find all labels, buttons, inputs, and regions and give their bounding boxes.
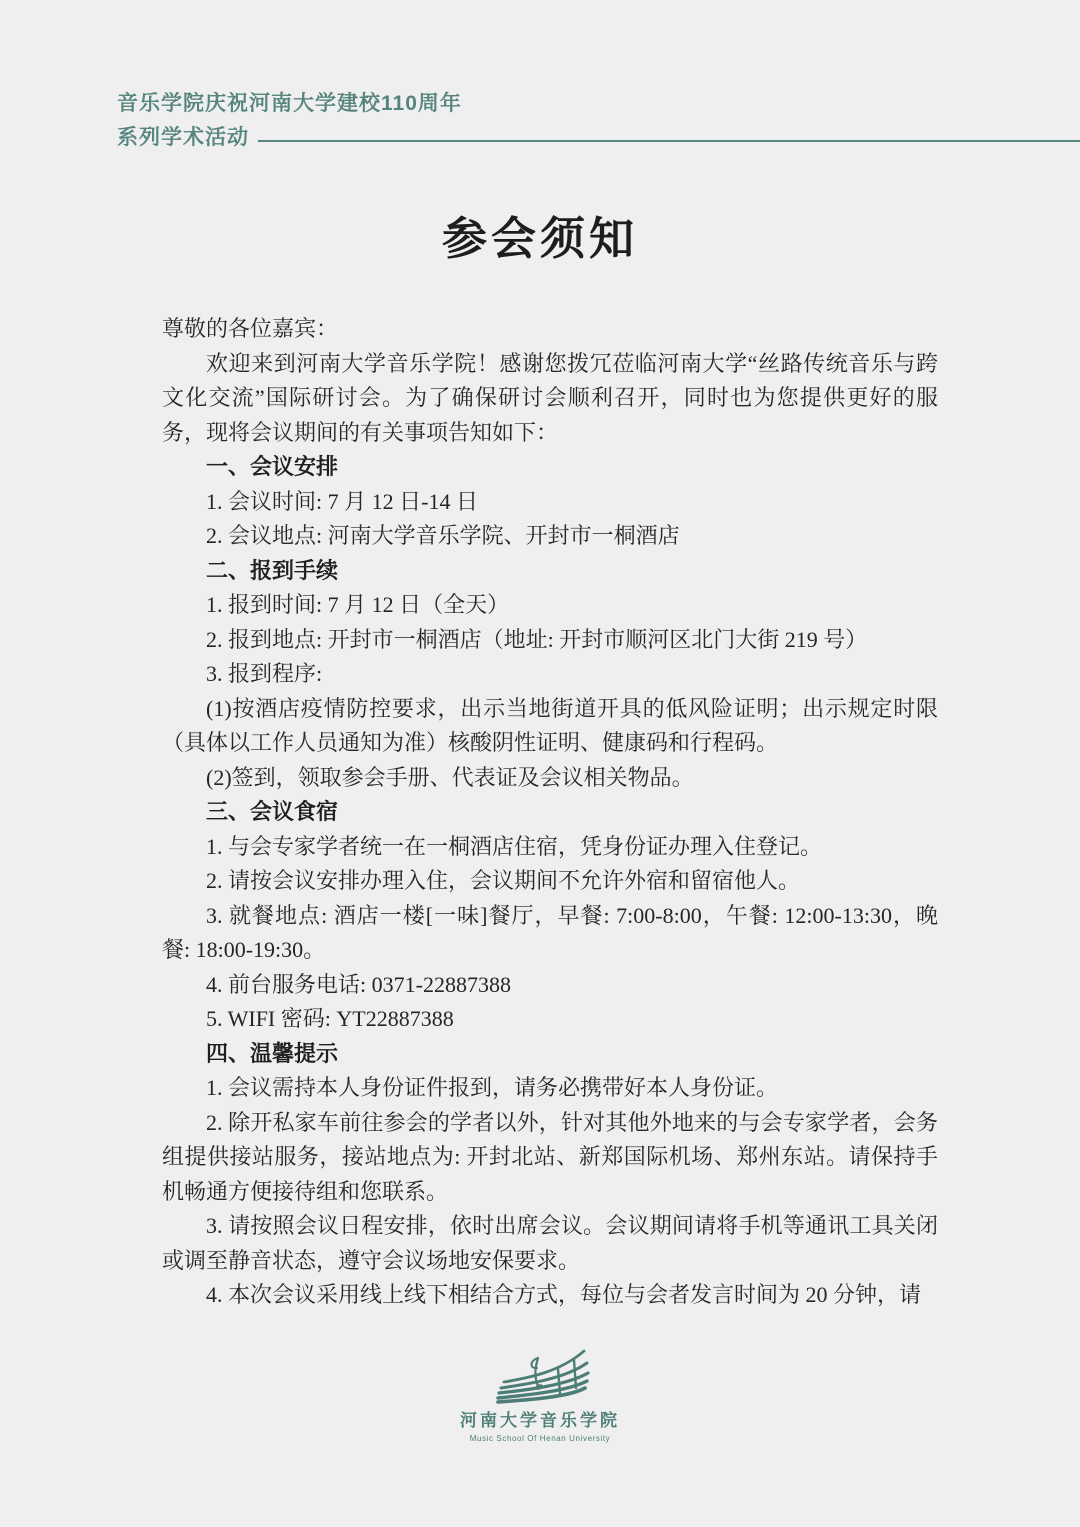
notice-item: 2. 报到地点: 开封市一桐酒店（地址: 开封市顺河区北门大街 219 号） xyxy=(162,623,938,658)
notice-item: 1. 会议时间: 7 月 12 日-14 日 xyxy=(162,485,938,520)
section-heading: 二、报到手续 xyxy=(162,554,938,589)
logo-en-name: Music School Of Henan University xyxy=(0,1434,1080,1443)
notice-item: 4. 前台服务电话: 0371-22887388 xyxy=(162,968,938,1003)
notice-section: 一、会议安排 1. 会议时间: 7 月 12 日-14 日2. 会议地点: 河南… xyxy=(162,450,938,554)
notice-item: 1. 报到时间: 7 月 12 日（全天） xyxy=(162,588,938,623)
notice-item: 3. 就餐地点: 酒店一楼[一味]餐厅，早餐: 7:00-8:00，午餐: 12… xyxy=(162,899,938,968)
page-header: 音乐学院庆祝河南大学建校110周年 系列学术活动 xyxy=(117,87,462,155)
notice-item: 5. WIFI 密码: YT22887388 xyxy=(162,1002,938,1037)
notice-section: 三、会议食宿 1. 与会专家学者统一在一桐酒店住宿，凭身份证办理入住登记。2. … xyxy=(162,795,938,1037)
header-underline xyxy=(258,140,1080,142)
section-heading: 三、会议食宿 xyxy=(162,795,938,830)
intro-paragraph: 欢迎来到河南大学音乐学院！感谢您拨冗莅临河南大学“丝路传统音乐与跨文化交流”国际… xyxy=(162,347,938,451)
notice-item: 3. 报到程序: xyxy=(162,657,938,692)
header-line2: 系列学术活动 xyxy=(117,121,462,155)
notice-item: 4. 本次会议采用线上线下相结合方式，每位与会者发言时间为 20 分钟，请 xyxy=(162,1278,938,1313)
sections-container: 一、会议安排 1. 会议时间: 7 月 12 日-14 日2. 会议地点: 河南… xyxy=(162,450,938,1313)
notice-section: 二、报到手续 1. 报到时间: 7 月 12 日（全天）2. 报到地点: 开封市… xyxy=(162,554,938,796)
logo-cn-name: 河南大学音乐学院 xyxy=(0,1406,1080,1431)
document-page: 音乐学院庆祝河南大学建校110周年 系列学术活动 参会须知 尊敬的各位嘉宾： 欢… xyxy=(0,0,1080,1527)
notice-item: 1. 与会专家学者统一在一桐酒店住宿，凭身份证办理入住登记。 xyxy=(162,830,938,865)
notice-item: 2. 除开私家车前往参会的学者以外，针对其他外地来的与会专家学者，会务组提供接站… xyxy=(162,1106,938,1210)
footer-logo: 河南大学音乐学院 Music School Of Henan Universit… xyxy=(0,1344,1080,1443)
section-heading: 四、温馨提示 xyxy=(162,1037,938,1072)
notice-item: (2)签到，领取参会手册、代表证及会议相关物品。 xyxy=(162,761,938,796)
page-title: 参会须知 xyxy=(0,202,1080,267)
section-heading: 一、会议安排 xyxy=(162,450,938,485)
notice-item: 3. 请按照会议日程安排，依时出席会议。会议期间请将手机等通讯工具关闭或调至静音… xyxy=(162,1209,938,1278)
notice-item: 1. 会议需持本人身份证件报到，请务必携带好本人身份证。 xyxy=(162,1071,938,1106)
notice-item: 2. 请按会议安排办理入住，会议期间不允许外宿和留宿他人。 xyxy=(162,864,938,899)
notice-body: 尊敬的各位嘉宾： 欢迎来到河南大学音乐学院！感谢您拨冗莅临河南大学“丝路传统音乐… xyxy=(162,312,938,1313)
salutation: 尊敬的各位嘉宾： xyxy=(162,312,938,347)
notice-section: 四、温馨提示 1. 会议需持本人身份证件报到，请务必携带好本人身份证。2. 除开… xyxy=(162,1037,938,1313)
header-line1: 音乐学院庆祝河南大学建校110周年 xyxy=(117,87,462,121)
music-staff-logo xyxy=(488,1344,592,1404)
notice-item: 2. 会议地点: 河南大学音乐学院、开封市一桐酒店 xyxy=(162,519,938,554)
notice-item: (1)按酒店疫情防控要求，出示当地街道开具的低风险证明；出示规定时限（具体以工作… xyxy=(162,692,938,761)
